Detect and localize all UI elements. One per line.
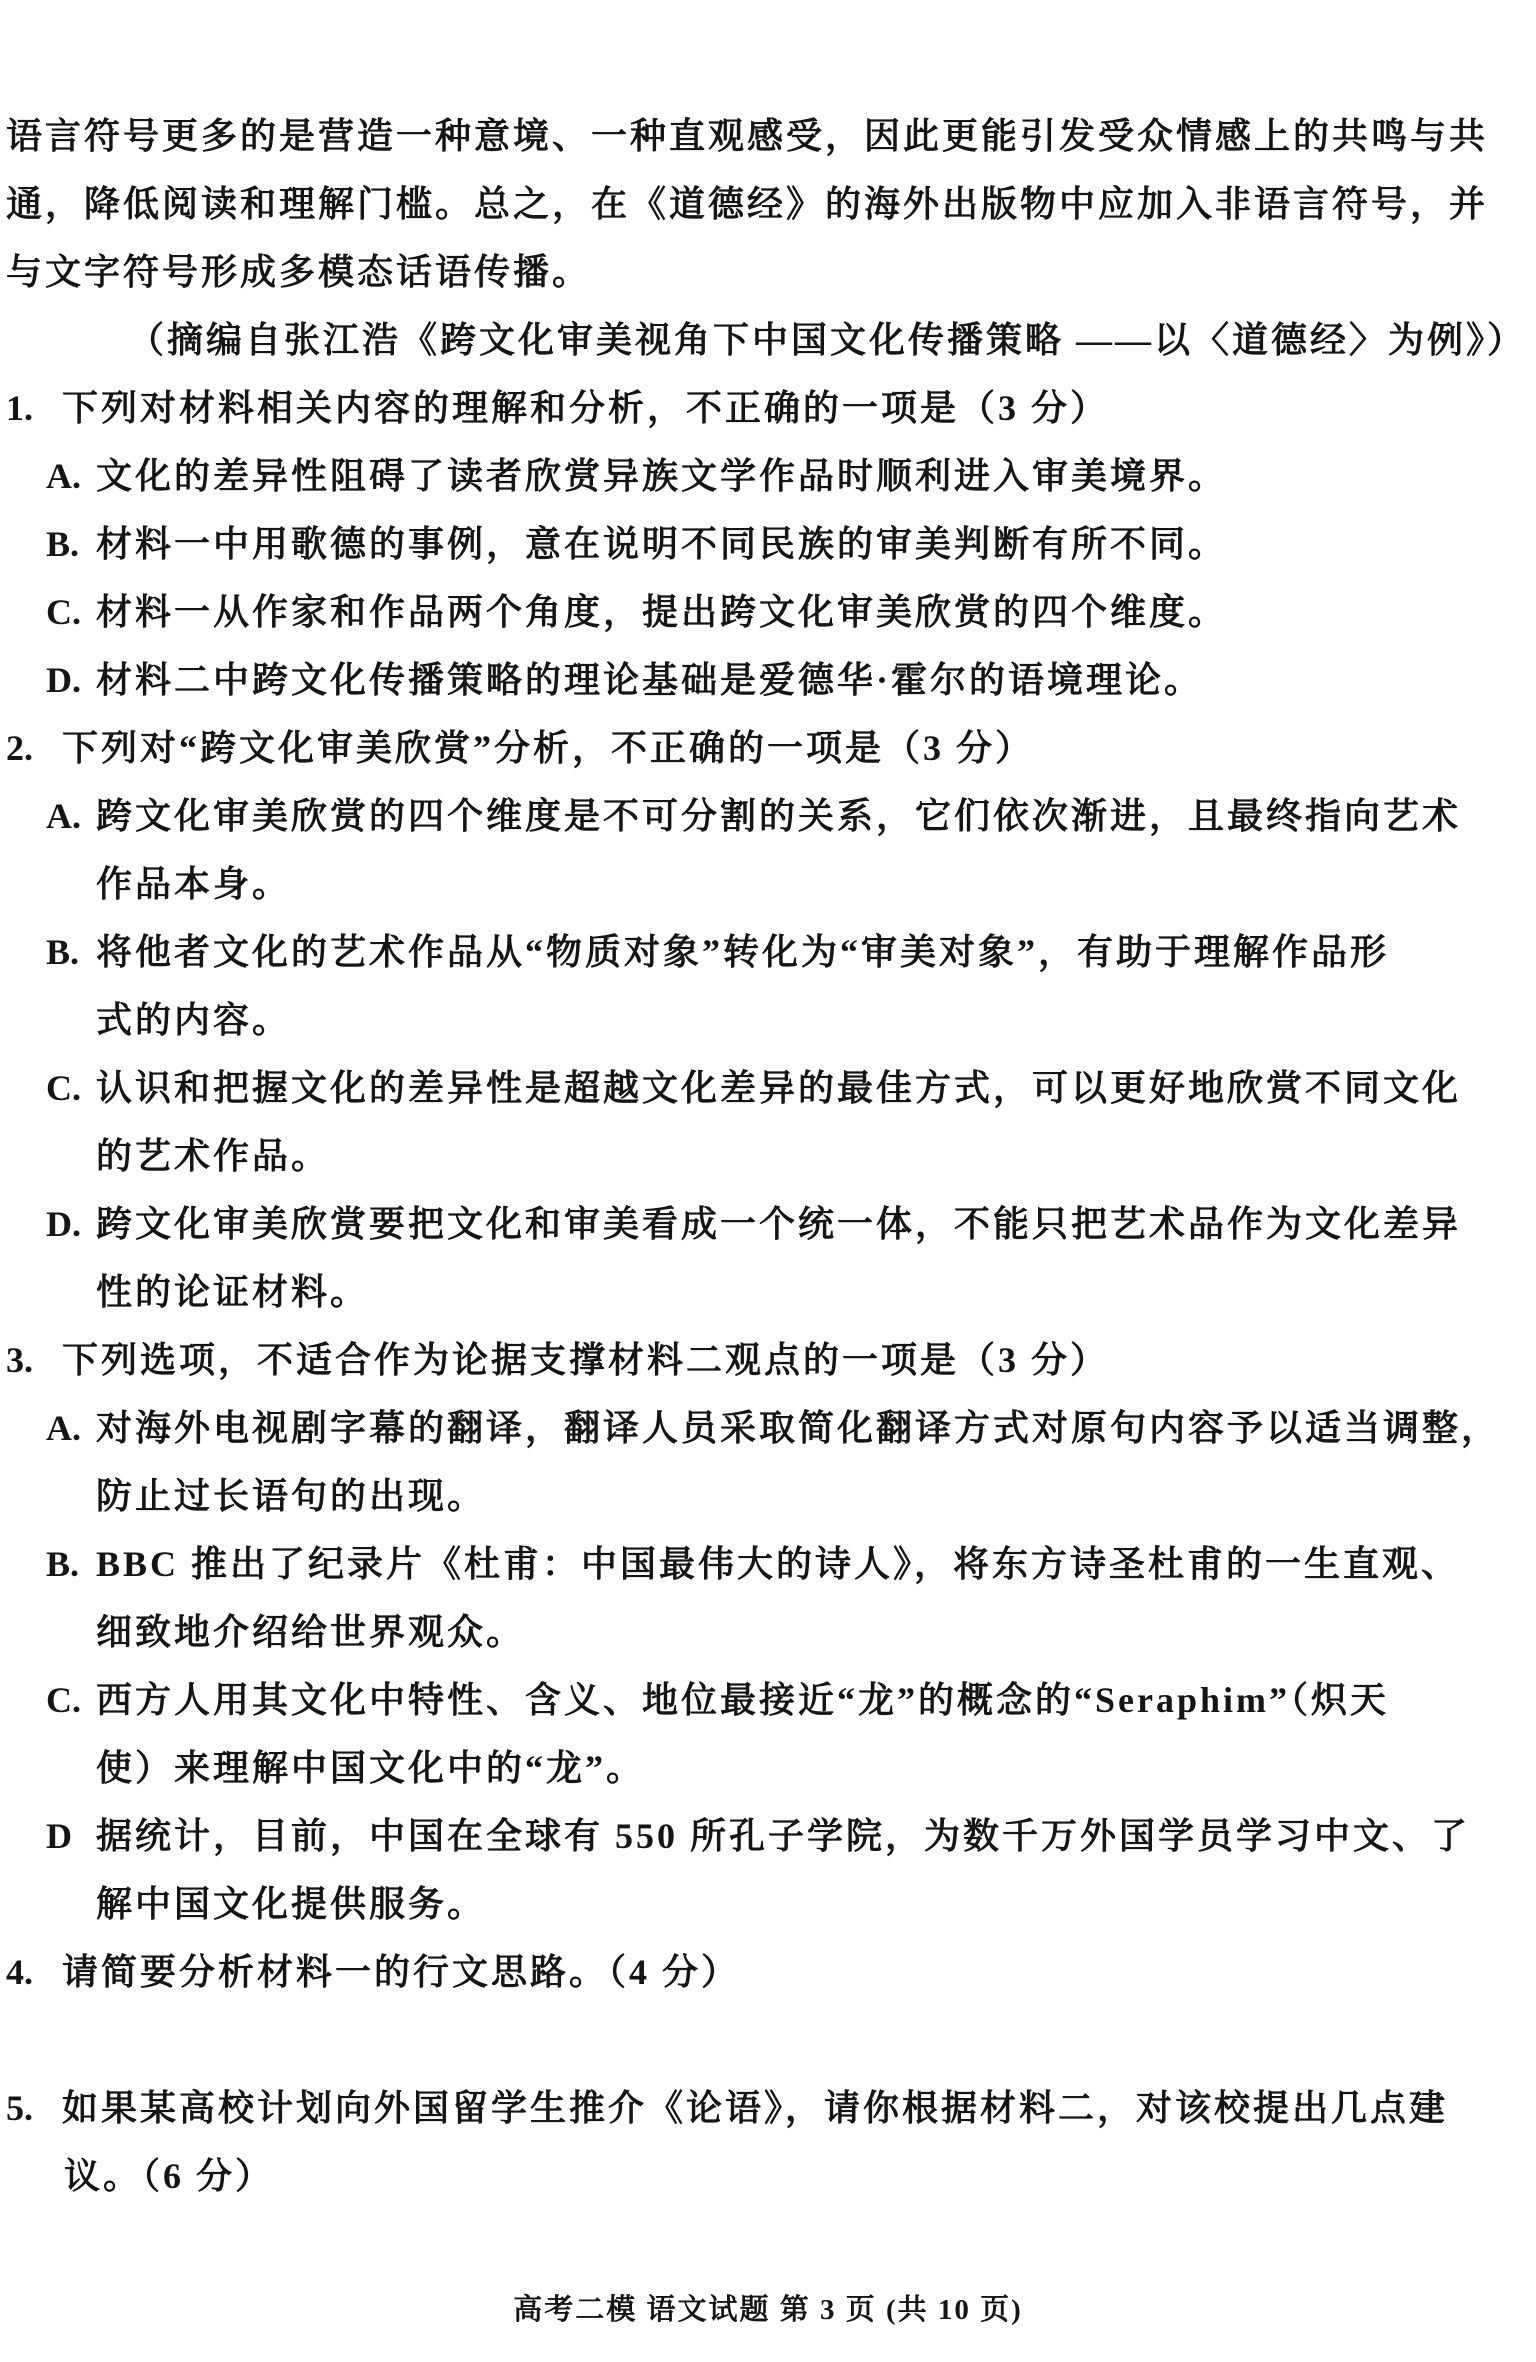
question-stem-text: 下列对“跨文化审美欣赏”分析，不正确的一项是（3 分） (62, 728, 1034, 768)
question-number: 3. (6, 1326, 62, 1394)
option-a: A.对海外电视剧字幕的翻译，翻译人员采取简化翻译方式对原句内容予以适当调整， (6, 1394, 1530, 1462)
question-5: 5.如果某高校计划向外国留学生推介《论语》，请你根据材料二，对该校提出几点建 议… (6, 2074, 1530, 2210)
option-a: A.跨文化审美欣赏的四个维度是不可分割的关系，它们依次渐进，且最终指向艺术 (6, 782, 1530, 850)
question-1: 1.下列对材料相关内容的理解和分析，不正确的一项是（3 分） A.文化的差异性阻… (6, 374, 1530, 714)
option-b: B.将他者文化的艺术作品从“物质对象”转化为“审美对象”，有助于理解作品形 (6, 918, 1530, 986)
passage-line: 语言符号更多的是营造一种意境、一种直观感受，因此更能引发受众情感上的共鸣与共 (6, 102, 1530, 170)
option-c-continued: 使）来理解中国文化中的“龙”。 (6, 1734, 1530, 1802)
option-label: C. (46, 578, 96, 646)
option-label: C. (46, 1666, 96, 1734)
option-b: B.BBC 推出了纪录片《杜甫：中国最伟大的诗人》，将东方诗圣杜甫的一生直观、 (6, 1530, 1530, 1598)
question-stem-text: 下列选项，不适合作为论据支撑材料二观点的一项是（3 分） (62, 1340, 1109, 1380)
option-b-continued: 式的内容。 (6, 986, 1530, 1054)
option-label: B. (46, 1530, 96, 1598)
exam-paper-page: 语言符号更多的是营造一种意境、一种直观感受，因此更能引发受众情感上的共鸣与共 通… (0, 0, 1536, 2362)
option-text: 材料一从作家和作品两个角度，提出跨文化审美欣赏的四个维度。 (96, 592, 1227, 632)
option-text: 材料二中跨文化传播策略的理论基础是爱德华·霍尔的语境理论。 (96, 660, 1203, 700)
question-stem-text: 如果某高校计划向外国留学生推介《论语》，请你根据材料二，对该校提出几点建 (62, 2088, 1448, 2128)
page-footer: 高考二模 语文试题 第 3 页 (共 10 页) (0, 2287, 1536, 2328)
question-stem: 3.下列选项，不适合作为论据支撑材料二观点的一项是（3 分） (6, 1326, 1530, 1394)
option-label: B. (46, 918, 96, 986)
option-d: D.跨文化审美欣赏要把文化和审美看成一个统一体，不能只把艺术品作为文化差异 (6, 1190, 1530, 1258)
question-stem-text: 下列对材料相关内容的理解和分析，不正确的一项是（3 分） (62, 388, 1109, 428)
question-number: 5. (6, 2074, 62, 2142)
option-text: 认识和把握文化的差异性是超越文化差异的最佳方式，可以更好地欣赏不同文化 (96, 1068, 1461, 1108)
option-b: B.材料一中用歌德的事例，意在说明不同民族的审美判断有所不同。 (6, 510, 1530, 578)
option-text: 将他者文化的艺术作品从“物质对象”转化为“审美对象”，有助于理解作品形 (96, 932, 1389, 972)
option-c-continued: 的艺术作品。 (6, 1122, 1530, 1190)
question-4: 4.请简要分析材料一的行文思路。（4 分） (6, 1938, 1530, 2006)
passage-line: 通，降低阅读和理解门槛。总之，在《道德经》的海外出版物中应加入非语言符号，并 (6, 170, 1530, 238)
page-content: 语言符号更多的是营造一种意境、一种直观感受，因此更能引发受众情感上的共鸣与共 通… (0, 0, 1536, 2210)
option-label: D. (46, 646, 96, 714)
option-label: D (46, 1802, 96, 1870)
question-stem: 5.如果某高校计划向外国留学生推介《论语》，请你根据材料二，对该校提出几点建 (6, 2074, 1530, 2142)
option-text: 西方人用其文化中特性、含义、地位最接近“龙”的概念的“Seraphim”（炽天 (96, 1680, 1389, 1720)
passage-line: 与文字符号形成多模态话语传播。 (6, 238, 1530, 306)
question-stem-continued: 议。（6 分） (6, 2142, 1530, 2210)
option-b-continued: 细致地介绍给世界观众。 (6, 1598, 1530, 1666)
option-c: C.材料一从作家和作品两个角度，提出跨文化审美欣赏的四个维度。 (6, 578, 1530, 646)
option-d: D.材料二中跨文化传播策略的理论基础是爱德华·霍尔的语境理论。 (6, 646, 1530, 714)
option-label: A. (46, 1394, 96, 1462)
option-label: D. (46, 1190, 96, 1258)
question-number: 1. (6, 374, 62, 442)
question-stem: 2.下列对“跨文化审美欣赏”分析，不正确的一项是（3 分） (6, 714, 1530, 782)
option-d-continued: 解中国文化提供服务。 (6, 1870, 1530, 1938)
option-label: A. (46, 442, 96, 510)
question-stem-text: 请简要分析材料一的行文思路。（4 分） (62, 1952, 740, 1992)
question-stem: 1.下列对材料相关内容的理解和分析，不正确的一项是（3 分） (6, 374, 1530, 442)
option-d-continued: 性的论证材料。 (6, 1258, 1530, 1326)
option-text: 材料一中用歌德的事例，意在说明不同民族的审美判断有所不同。 (96, 524, 1227, 564)
passage-attribution: （摘编自张江浩《跨文化审美视角下中国文化传播策略 ——以〈道德经〉为例》） (6, 306, 1530, 374)
option-label: C. (46, 1054, 96, 1122)
question-2: 2.下列对“跨文化审美欣赏”分析，不正确的一项是（3 分） A.跨文化审美欣赏的… (6, 714, 1530, 1326)
option-a-continued: 作品本身。 (6, 850, 1530, 918)
option-text: 文化的差异性阻碍了读者欣赏异族文学作品时顺利进入审美境界。 (96, 456, 1227, 496)
question-number: 2. (6, 714, 62, 782)
option-c: C.认识和把握文化的差异性是超越文化差异的最佳方式，可以更好地欣赏不同文化 (6, 1054, 1530, 1122)
option-text: 跨文化审美欣赏的四个维度是不可分割的关系，它们依次渐进，且最终指向艺术 (96, 796, 1461, 836)
option-text: 据统计，目前，中国在全球有 550 所孔子学院，为数千万外国学员学习中文、了 (96, 1816, 1470, 1856)
question-stem: 4.请简要分析材料一的行文思路。（4 分） (6, 1938, 1530, 2006)
question-number: 4. (6, 1938, 62, 2006)
option-d: D据统计，目前，中国在全球有 550 所孔子学院，为数千万外国学员学习中文、了 (6, 1802, 1530, 1870)
option-c: C.西方人用其文化中特性、含义、地位最接近“龙”的概念的“Seraphim”（炽… (6, 1666, 1530, 1734)
option-label: B. (46, 510, 96, 578)
option-text: BBC 推出了纪录片《杜甫：中国最伟大的诗人》，将东方诗圣杜甫的一生直观、 (96, 1544, 1460, 1584)
option-text: 跨文化审美欣赏要把文化和审美看成一个统一体，不能只把艺术品作为文化差异 (96, 1204, 1461, 1244)
option-text: 对海外电视剧字幕的翻译，翻译人员采取简化翻译方式对原句内容予以适当调整， (96, 1408, 1500, 1448)
option-a: A.文化的差异性阻碍了读者欣赏异族文学作品时顺利进入审美境界。 (6, 442, 1530, 510)
option-a-continued: 防止过长语句的出现。 (6, 1462, 1530, 1530)
question-3: 3.下列选项，不适合作为论据支撑材料二观点的一项是（3 分） A.对海外电视剧字… (6, 1326, 1530, 1938)
option-label: A. (46, 782, 96, 850)
